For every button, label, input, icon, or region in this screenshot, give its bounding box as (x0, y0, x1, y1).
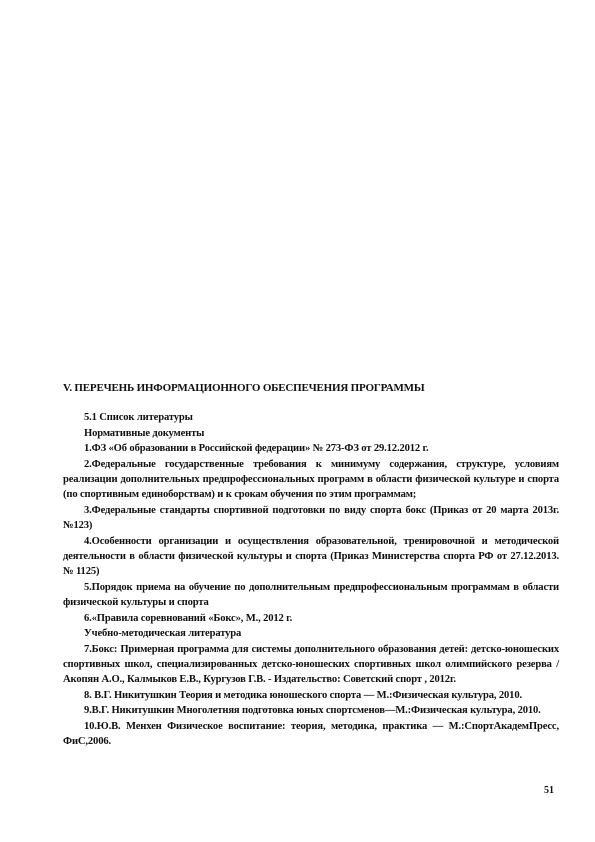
reference-item: 10.Ю.В. Менхен Физическое воспитание: те… (63, 719, 559, 750)
reference-item: 8. В.Г. Никитушкин Теория и методика юно… (63, 688, 559, 703)
section-heading: V. ПЕРЕЧЕНЬ ИНФОРМАЦИОННОГО ОБЕСПЕЧЕНИЯ … (63, 381, 559, 396)
methodical-literature-title: Учебно-методическая литература (63, 626, 559, 641)
document-page: V. ПЕРЕЧЕНЬ ИНФОРМАЦИОННОГО ОБЕСПЕЧЕНИЯ … (0, 0, 595, 842)
reference-item: 9.В.Г. Никитушкин Многолетняя подготовка… (63, 703, 559, 718)
reference-item: 6.«Правила соревнований «Бокс», М., 2012… (63, 611, 559, 626)
reference-item: 3.Федеральные стандарты спортивной подго… (63, 503, 559, 534)
normative-documents-title: Нормативные документы (63, 426, 559, 441)
reference-item: 4.Особенности организации и осуществлени… (63, 534, 559, 580)
reference-item: 2.Федеральные государственные требования… (63, 457, 559, 503)
page-content: V. ПЕРЕЧЕНЬ ИНФОРМАЦИОННОГО ОБЕСПЕЧЕНИЯ … (63, 381, 559, 749)
reference-item: 5.Порядок приема на обучение по дополнит… (63, 580, 559, 611)
reference-item: 1.ФЗ «Об образовании в Российской федера… (63, 441, 559, 456)
page-number: 51 (544, 785, 554, 796)
reference-item: 7.Бокс: Примерная программа для системы … (63, 642, 559, 688)
subsection-title: 5.1 Список литературы (63, 410, 559, 425)
